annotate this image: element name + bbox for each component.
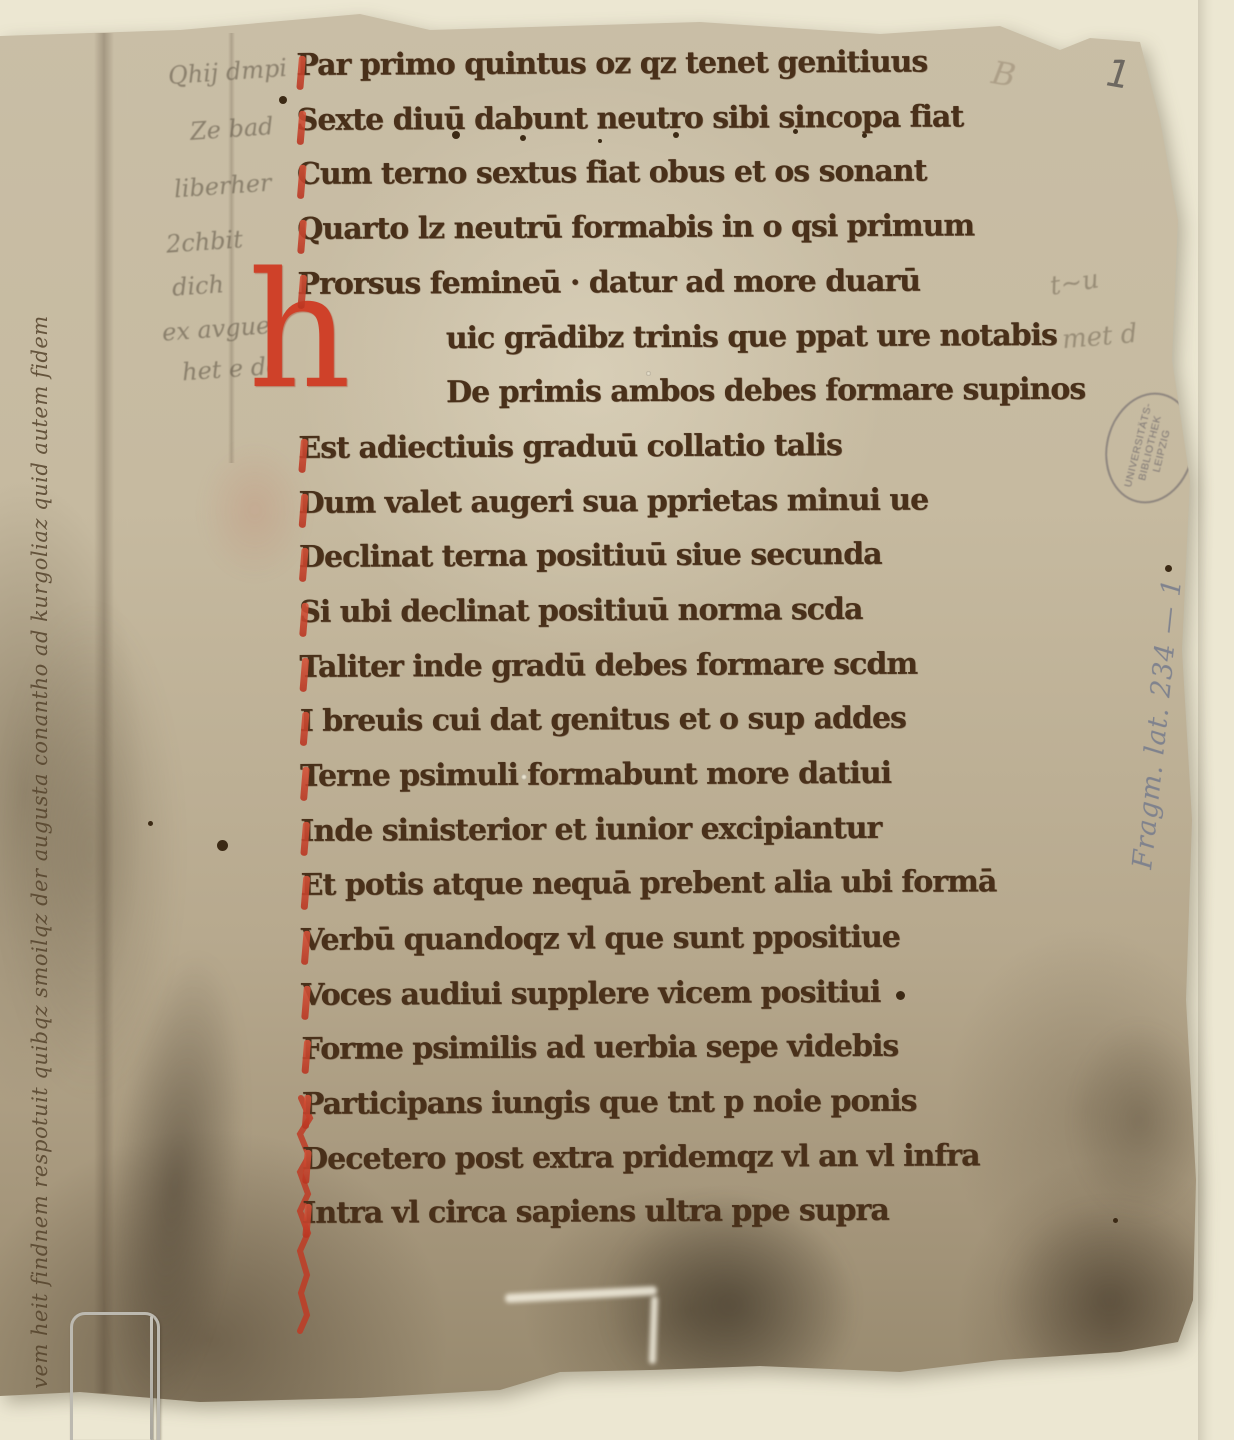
verse-line: De primis ambos debes formare supinos [300, 372, 1085, 411]
spine-annotation: Jn vem heit findnem respotuit quibqz smo… [28, 569, 52, 1419]
manuscript-photo-page: { "page": { "folio_number": "1" }, "manu… [0, 0, 1234, 1440]
verse-line-text: Cum terno sextus fiat obus et os sonant [297, 154, 927, 192]
pink-tinge-stain [200, 440, 310, 580]
verse-line: Taliter inde gradū debes formare scdm [301, 647, 917, 685]
rubric-stroke [296, 56, 306, 90]
rubric-stroke [297, 111, 307, 145]
library-stamp: UNIVERSITÄTS- BIBLIOTHEK LEIPZIG [1094, 383, 1206, 513]
verse-line-text: Terne psimuli formabunt more datiui [300, 756, 891, 794]
rubric-stroke [302, 1095, 312, 1129]
verse-line: Est adiectiuis graduū collatio talis [300, 428, 842, 466]
verse-line: Voces audiui supplere vicem positiui [303, 975, 880, 1013]
rubric-stroke [297, 165, 307, 199]
verse-line: I breuis cui dat genitus et o sup addes [302, 701, 906, 739]
margin-note: liberher [173, 169, 272, 204]
scuff-horizontal [505, 1286, 657, 1303]
verse-line-text: Voces audiui supplere vicem positiui [301, 975, 880, 1013]
verse-text-block: Par primo quintus oz qz tenet genitiuus … [298, 0, 1018, 2]
verse-line-text: Prorsus femineū · datur ad more duarū [297, 264, 920, 302]
verse-line: uic grādibz trinis que ppat ure notabis [300, 318, 1057, 357]
verse-line-text: Decetero post extra pridemqz vl an vl in… [302, 1138, 980, 1177]
rubric-stroke [299, 603, 309, 637]
verse-line-text: Et potis atque nequā prebent alia ubi fo… [301, 864, 997, 903]
verse-line: Declinat terna positiuū siue secunda [301, 537, 882, 575]
rubric-stroke [298, 439, 308, 473]
spine-crease [94, 33, 114, 1393]
verse-line-text: Sexte diuū dabunt neutro sibi sincopa fi… [297, 99, 964, 137]
rubric-stroke [300, 822, 310, 856]
faint-pen-mark: B [989, 53, 1019, 95]
verse-line: Verbū quandoqz vl que sunt ppositiue [303, 920, 900, 958]
rubric-stroke [300, 712, 310, 746]
bottom-right-stain [1000, 1200, 1220, 1400]
rubric-stroke [301, 986, 311, 1020]
left-mid-stain [0, 600, 180, 1100]
verse-line-text: Taliter inde gradū debes formare scdm [299, 647, 917, 685]
verse-line-text: uic grādibz trinis que ppat ure notabis [446, 318, 1057, 356]
verse-line-text: Si ubi declinat positiuū norma scda [299, 592, 862, 630]
scuff-vertical [649, 1296, 658, 1364]
verse-line: Et potis atque nequā prebent alia ubi fo… [303, 864, 997, 903]
paper-clip-wire [150, 1316, 153, 1440]
verse-line-text: Intra vl circa sapiens ultra ppe supra [302, 1193, 889, 1231]
verse-line: Quarto lz neutrū formabis in o qsi primu… [299, 208, 974, 247]
verse-line: Terne psimuli formabunt more datiui [302, 756, 891, 794]
verse-line: Intra vl circa sapiens ultra ppe supra [304, 1193, 889, 1231]
verse-line: Decetero post extra pridemqz vl an vl in… [304, 1138, 980, 1177]
rubric-stroke [301, 1040, 311, 1074]
rubric-stroke [299, 548, 309, 582]
verse-line: Inde sinisterior et iunior excipiantur [302, 811, 881, 849]
margin-note: 2chbit [165, 225, 244, 258]
verse-line-text: Par primo quintus oz qz tenet genitiuus [296, 45, 927, 83]
verse-line-text: Est adiectiuis graduū collatio talis [298, 428, 842, 466]
verse-line-text: Forme psimilis ad uerbia sepe videbis [301, 1029, 898, 1067]
wormhole [148, 821, 153, 826]
verse-line: Sexte diuū dabunt neutro sibi sincopa fi… [299, 99, 964, 137]
verse-line-text: Dum valet augeri sua pprietas minui ue [299, 483, 929, 521]
wormhole [217, 840, 228, 851]
verse-line-text: I breuis cui dat genitus et o sup addes [300, 701, 906, 739]
right-margin-note: met d [1061, 319, 1139, 355]
verse-line-text: De primis ambos debes formare supinos [446, 372, 1085, 410]
verse-line: Cum terno sextus fiat obus et os sonant [299, 154, 927, 192]
rubric-stroke [301, 931, 311, 965]
rubric-stroke [299, 658, 309, 692]
verse-line: Dum valet augeri sua pprietas minui ue [301, 483, 929, 521]
right-edge-stain [1070, 1020, 1210, 1220]
wormhole [598, 139, 602, 143]
wormhole [279, 96, 287, 104]
margin-note: Ze bad [189, 112, 274, 146]
parchment-wrapper: Qhij dmpi Ze bad liberher 2chbit dich ex… [0, 0, 1234, 1440]
rubric-stroke [302, 1204, 312, 1238]
margin-note: Qhij dmpi [167, 54, 288, 90]
rubric-stroke [301, 876, 311, 910]
right-margin-note: t~u [1048, 264, 1101, 301]
paper-clip [70, 1312, 160, 1440]
verse-line-text: Declinat terna positiuū siue secunda [299, 537, 882, 575]
wormhole [896, 991, 905, 1000]
verse-line: Forme psimilis ad uerbia sepe videbis [303, 1029, 898, 1067]
shelfmark: Fragm. lat. 234 — 1 [1125, 553, 1191, 894]
verse-line-text: Verbū quandoqz vl que sunt ppositiue [301, 920, 900, 958]
verse-line: Prorsus femineū · datur ad more duarū [299, 264, 920, 302]
verse-line-text: Quarto lz neutrū formabis in o qsi primu… [297, 208, 974, 247]
parchment-leaf: Qhij dmpi Ze bad liberher 2chbit dich ex… [0, 0, 1234, 1440]
verse-line: Par primo quintus oz qz tenet genitiuus [298, 45, 927, 83]
margin-note: dich [171, 270, 225, 302]
rubric-stroke [299, 494, 309, 528]
rubric-stroke [300, 767, 310, 801]
folio-number: 1 [1099, 51, 1137, 97]
verse-line-text: Participans iungis que tnt p noie ponis [302, 1084, 917, 1122]
verse-line-text: Inde sinisterior et iunior excipiantur [300, 811, 881, 849]
wormhole [1113, 1218, 1118, 1223]
verse-line: Si ubi declinat positiuū norma scda [301, 592, 862, 630]
verse-line: Participans iungis que tnt p noie ponis [304, 1084, 917, 1122]
rubric-stroke [302, 1150, 312, 1184]
